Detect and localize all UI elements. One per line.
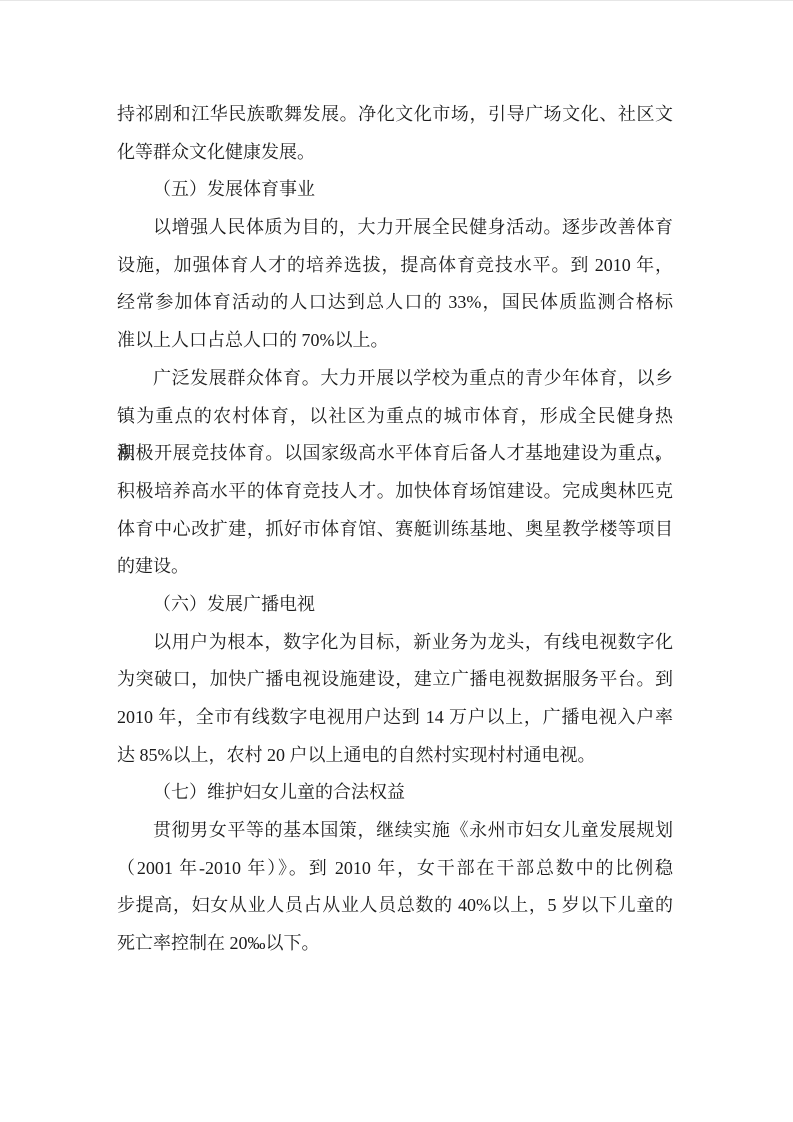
- text-line: 2010 年，全市有线数字电视用户达到 14 万户以上，广播电视入户率: [117, 699, 673, 737]
- text-line: 积极培养高水平的体育竞技人才。加快体育场馆建设。完成奥林匹克: [117, 473, 673, 511]
- section-heading: （五）发展体育事业: [117, 171, 673, 209]
- text-line: 镇为重点的农村体育，以社区为重点的城市体育，形成全民健身热潮。: [117, 398, 673, 436]
- document-content: 持祁剧和江华民族歌舞发展。净化文化市场，引导广场文化、社区文化等群众文化健康发展…: [117, 96, 673, 963]
- document-page: 持祁剧和江华民族歌舞发展。净化文化市场，引导广场文化、社区文化等群众文化健康发展…: [0, 0, 793, 1122]
- text-line: 死亡率控制在 20‰以下。: [117, 925, 673, 963]
- text-line: 化等群众文化健康发展。: [117, 134, 673, 172]
- text-line: 达 85%以上，农村 20 户以上通电的自然村实现村村通电视。: [117, 737, 673, 775]
- section-heading: （七）维护妇女儿童的合法权益: [117, 774, 673, 812]
- text-line: 体育中心改扩建，抓好市体育馆、赛艇训练基地、奥星教学楼等项目: [117, 511, 673, 549]
- section-heading: （六）发展广播电视: [117, 586, 673, 624]
- text-line: 以增强人民体质为目的，大力开展全民健身活动。逐步改善体育: [117, 209, 673, 247]
- paragraph: 贯彻男女平等的基本国策，继续实施《永州市妇女儿童发展规划（2001 年-2010…: [117, 812, 673, 963]
- paragraph: 广泛发展群众体育。大力开展以学校为重点的青少年体育，以乡镇为重点的农村体育，以社…: [117, 360, 673, 586]
- heading-line: （七）维护妇女儿童的合法权益: [117, 774, 673, 812]
- text-line: 步提高，妇女从业人员占从业人员总数的 40%以上，5 岁以下儿童的: [117, 887, 673, 925]
- text-line: 以用户为根本，数字化为目标，新业务为龙头，有线电视数字化: [117, 624, 673, 662]
- paragraph: 以增强人民体质为目的，大力开展全民健身活动。逐步改善体育设施，加强体育人才的培养…: [117, 209, 673, 360]
- text-line: 经常参加体育活动的人口达到总人口的 33%，国民体质监测合格标: [117, 284, 673, 322]
- text-line: 广泛发展群众体育。大力开展以学校为重点的青少年体育，以乡: [117, 360, 673, 398]
- text-line: 贯彻男女平等的基本国策，继续实施《永州市妇女儿童发展规划: [117, 812, 673, 850]
- heading-line: （六）发展广播电视: [117, 586, 673, 624]
- text-line: 的建设。: [117, 548, 673, 586]
- text-line: 准以上人口占总人口的 70%以上。: [117, 322, 673, 360]
- text-line: 设施，加强体育人才的培养选拔，提高体育竞技水平。到 2010 年，: [117, 247, 673, 285]
- text-line: 持祁剧和江华民族歌舞发展。净化文化市场，引导广场文化、社区文: [117, 96, 673, 134]
- heading-line: （五）发展体育事业: [117, 171, 673, 209]
- text-line: （2001 年-2010 年）》。到 2010 年，女干部在干部总数中的比例稳: [117, 850, 673, 888]
- text-line: 为突破口，加快广播电视设施建设，建立广播电视数据服务平台。到: [117, 661, 673, 699]
- paragraph: 以用户为根本，数字化为目标，新业务为龙头，有线电视数字化为突破口，加快广播电视设…: [117, 624, 673, 775]
- text-line: 积极开展竞技体育。以国家级高水平体育后备人才基地建设为重点，: [117, 435, 673, 473]
- paragraph: 持祁剧和江华民族歌舞发展。净化文化市场，引导广场文化、社区文化等群众文化健康发展…: [117, 96, 673, 171]
